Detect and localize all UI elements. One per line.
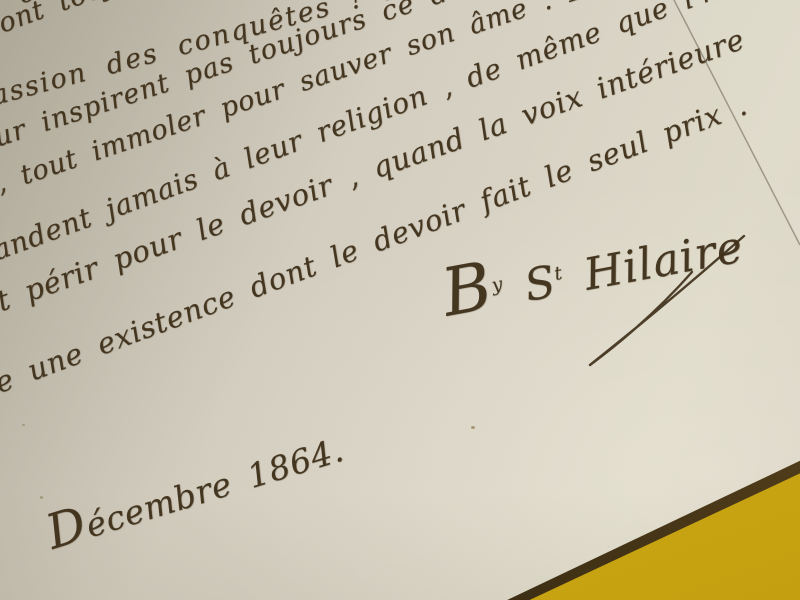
signature-surname: Hilaire: [580, 221, 748, 300]
date-text: écembre 1864.: [81, 430, 348, 546]
paper-speck: [471, 426, 475, 429]
signature-initial: B: [436, 247, 499, 332]
paper-speck: [22, 424, 25, 426]
photograph-of-letter: ont font toujours assion des conquêtes !…: [0, 0, 800, 600]
letter-date: Décembre 1864.: [40, 418, 349, 560]
paper-speck: [607, 545, 610, 548]
paper-speck: [40, 496, 43, 499]
signature: By St Hilaire: [436, 201, 748, 332]
handwriting-line: font toujours: [0, 0, 177, 43]
